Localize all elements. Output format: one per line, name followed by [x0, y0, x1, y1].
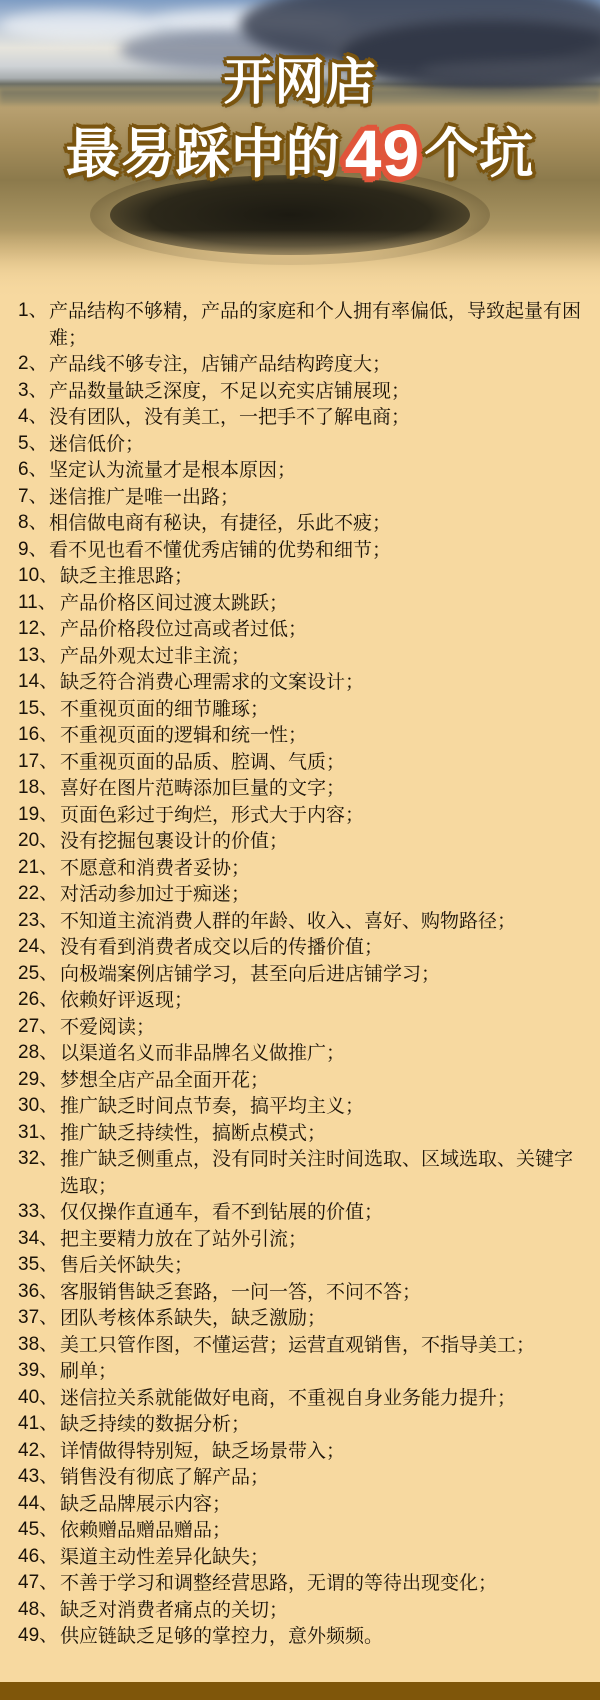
list-item: 9、看不见也看不懂优秀店铺的优势和细节； — [0, 537, 600, 564]
item-text: 售后关怀缺失； — [60, 1252, 588, 1279]
item-number: 28、 — [18, 1040, 60, 1067]
list-item: 40、迷信拉关系就能做好电商，不重视自身业务能力提升； — [0, 1385, 600, 1412]
item-number: 6、 — [18, 457, 49, 484]
list-item: 7、迷信推广是唯一出路； — [0, 484, 600, 511]
list-item: 45、依赖赠品赠品赠品； — [0, 1517, 600, 1544]
item-number: 11、 — [18, 590, 60, 617]
item-text: 缺乏符合消费心理需求的文案设计； — [60, 669, 588, 696]
item-text: 迷信推广是唯一出路； — [49, 484, 588, 511]
list-item: 18、喜好在图片范畴添加巨量的文字； — [0, 775, 600, 802]
item-text: 相信做电商有秘诀，有捷径，乐此不疲； — [49, 510, 588, 537]
item-number: 17、 — [18, 749, 60, 776]
item-number: 22、 — [18, 881, 60, 908]
list-item: 20、没有挖掘包裹设计的价值； — [0, 828, 600, 855]
list-item: 22、对活动参加过于痴迷； — [0, 881, 600, 908]
title-line-2: 最易踩中的49个坑 — [0, 118, 600, 189]
item-text: 把主要精力放在了站外引流； — [60, 1226, 588, 1253]
item-text: 不重视页面的逻辑和统一性； — [60, 722, 588, 749]
list-item: 31、推广缺乏持续性，搞断点模式； — [0, 1120, 600, 1147]
item-number: 45、 — [18, 1517, 60, 1544]
pitfall-list: 1、产品结构不够精，产品的家庭和个人拥有率偏低，导致起量有困难；2、产品线不够专… — [0, 298, 600, 1650]
sky-cloud — [0, 10, 160, 40]
item-number: 13、 — [18, 643, 60, 670]
item-number: 24、 — [18, 934, 60, 961]
list-item: 30、推广缺乏时间点节奏，搞平均主义； — [0, 1093, 600, 1120]
list-item: 42、详情做得特别短，缺乏场景带入； — [0, 1438, 600, 1465]
item-text: 缺乏主推思路； — [60, 563, 588, 590]
item-text: 销售没有彻底了解产品； — [60, 1464, 588, 1491]
list-item: 33、仅仅操作直通车，看不到钻展的价值； — [0, 1199, 600, 1226]
title-suffix: 个坑 — [424, 122, 534, 185]
item-number: 43、 — [18, 1464, 60, 1491]
item-text: 依赖好评返现； — [60, 987, 588, 1014]
item-text: 不重视页面的细节雕琢； — [60, 696, 588, 723]
item-number: 23、 — [18, 908, 60, 935]
item-text: 梦想全店产品全面开花； — [60, 1067, 588, 1094]
item-text: 刷单； — [60, 1358, 588, 1385]
item-number: 34、 — [18, 1226, 60, 1253]
list-item: 35、售后关怀缺失； — [0, 1252, 600, 1279]
item-text: 没有挖掘包裹设计的价值； — [60, 828, 588, 855]
list-item: 48、缺乏对消费者痛点的关切； — [0, 1597, 600, 1624]
footer-bar — [0, 1682, 600, 1700]
item-number: 33、 — [18, 1199, 60, 1226]
list-item: 49、供应链缺乏足够的掌控力，意外频频。 — [0, 1623, 600, 1650]
list-item: 4、没有团队，没有美工，一把手不了解电商； — [0, 404, 600, 431]
item-number: 37、 — [18, 1305, 60, 1332]
item-text: 不重视页面的品质、腔调、气质； — [60, 749, 588, 776]
title-line-1: 开网店 — [0, 52, 600, 112]
item-number: 38、 — [18, 1332, 60, 1359]
item-number: 25、 — [18, 961, 60, 988]
item-number: 18、 — [18, 775, 60, 802]
item-text: 缺乏品牌展示内容； — [60, 1491, 588, 1518]
item-number: 27、 — [18, 1014, 60, 1041]
item-text: 缺乏持续的数据分析； — [60, 1411, 588, 1438]
item-text: 没有团队，没有美工，一把手不了解电商； — [49, 404, 588, 431]
list-item: 29、梦想全店产品全面开花； — [0, 1067, 600, 1094]
item-number: 49、 — [18, 1623, 60, 1650]
item-number: 42、 — [18, 1438, 60, 1465]
item-number: 36、 — [18, 1279, 60, 1306]
list-item: 12、产品价格段位过高或者过低； — [0, 616, 600, 643]
item-text: 向极端案例店铺学习，甚至向后进店铺学习； — [60, 961, 588, 988]
item-number: 8、 — [18, 510, 49, 537]
list-item: 25、向极端案例店铺学习，甚至向后进店铺学习； — [0, 961, 600, 988]
list-item: 21、不愿意和消费者妥协； — [0, 855, 600, 882]
page: 开网店 最易踩中的49个坑 1、产品结构不够精，产品的家庭和个人拥有率偏低，导致… — [0, 0, 600, 1700]
list-item: 19、页面色彩过于绚烂，形式大于内容； — [0, 802, 600, 829]
item-number: 21、 — [18, 855, 60, 882]
item-number: 14、 — [18, 669, 60, 696]
list-item: 27、不爱阅读； — [0, 1014, 600, 1041]
list-item: 26、依赖好评返现； — [0, 987, 600, 1014]
item-text: 看不见也看不懂优秀店铺的优势和细节； — [49, 537, 588, 564]
list-item: 14、缺乏符合消费心理需求的文案设计； — [0, 669, 600, 696]
list-item: 38、美工只管作图，不懂运营；运营直观销售，不指导美工； — [0, 1332, 600, 1359]
list-item: 5、迷信低价； — [0, 431, 600, 458]
item-number: 39、 — [18, 1358, 60, 1385]
list-item: 16、不重视页面的逻辑和统一性； — [0, 722, 600, 749]
item-text: 仅仅操作直通车，看不到钻展的价值； — [60, 1199, 588, 1226]
item-number: 29、 — [18, 1067, 60, 1094]
item-text: 产品数量缺乏深度，不足以充实店铺展现； — [49, 378, 588, 405]
item-number: 48、 — [18, 1597, 60, 1624]
item-text: 产品结构不够精，产品的家庭和个人拥有率偏低，导致起量有困难； — [49, 298, 588, 351]
item-number: 19、 — [18, 802, 60, 829]
item-number: 3、 — [18, 378, 49, 405]
item-number: 12、 — [18, 616, 60, 643]
item-number: 40、 — [18, 1385, 60, 1412]
item-text: 不善于学习和调整经营思路，无谓的等待出现变化； — [60, 1570, 588, 1597]
list-item: 43、销售没有彻底了解产品； — [0, 1464, 600, 1491]
item-text: 缺乏对消费者痛点的关切； — [60, 1597, 588, 1624]
list-item: 34、把主要精力放在了站外引流； — [0, 1226, 600, 1253]
title-number-badge: 49 — [345, 118, 420, 188]
list-item: 13、产品外观太过非主流； — [0, 643, 600, 670]
item-number: 46、 — [18, 1544, 60, 1571]
item-text: 没有看到消费者成交以后的传播价值； — [60, 934, 588, 961]
item-text: 迷信拉关系就能做好电商，不重视自身业务能力提升； — [60, 1385, 588, 1412]
list-item: 47、不善于学习和调整经营思路，无谓的等待出现变化； — [0, 1570, 600, 1597]
list-item: 17、不重视页面的品质、腔调、气质； — [0, 749, 600, 776]
item-text: 详情做得特别短，缺乏场景带入； — [60, 1438, 588, 1465]
item-number: 7、 — [18, 484, 49, 511]
item-number: 1、 — [18, 298, 49, 325]
list-item: 28、以渠道名义而非品牌名义做推广； — [0, 1040, 600, 1067]
list-item: 10、缺乏主推思路； — [0, 563, 600, 590]
item-number: 41、 — [18, 1411, 60, 1438]
item-text: 以渠道名义而非品牌名义做推广； — [60, 1040, 588, 1067]
item-number: 10、 — [18, 563, 60, 590]
list-item: 6、坚定认为流量才是根本原因； — [0, 457, 600, 484]
item-number: 44、 — [18, 1491, 60, 1518]
item-number: 16、 — [18, 722, 60, 749]
item-text: 供应链缺乏足够的掌控力，意外频频。 — [60, 1623, 588, 1650]
item-text: 推广缺乏持续性，搞断点模式； — [60, 1120, 588, 1147]
list-item: 1、产品结构不够精，产品的家庭和个人拥有率偏低，导致起量有困难； — [0, 298, 600, 351]
item-text: 依赖赠品赠品赠品； — [60, 1517, 588, 1544]
item-text: 客服销售缺乏套路，一问一答，不问不答； — [60, 1279, 588, 1306]
list-item: 32、推广缺乏侧重点，没有同时关注时间选取、区域选取、关键字选取； — [0, 1146, 600, 1199]
item-text: 喜好在图片范畴添加巨量的文字； — [60, 775, 588, 802]
list-item: 41、缺乏持续的数据分析； — [0, 1411, 600, 1438]
item-number: 32、 — [18, 1146, 60, 1173]
title-prefix: 最易踩中的 — [66, 122, 341, 185]
list-item: 11、产品价格区间过渡太跳跃； — [0, 590, 600, 617]
item-number: 9、 — [18, 537, 49, 564]
item-number: 2、 — [18, 351, 49, 378]
item-text: 对活动参加过于痴迷； — [60, 881, 588, 908]
list-item: 24、没有看到消费者成交以后的传播价值； — [0, 934, 600, 961]
list-item: 3、产品数量缺乏深度，不足以充实店铺展现； — [0, 378, 600, 405]
list-item: 2、产品线不够专注，店铺产品结构跨度大； — [0, 351, 600, 378]
list-item: 23、不知道主流消费人群的年龄、收入、喜好、购物路径； — [0, 908, 600, 935]
list-item: 36、客服销售缺乏套路，一问一答，不问不答； — [0, 1279, 600, 1306]
item-text: 页面色彩过于绚烂，形式大于内容； — [60, 802, 588, 829]
item-number: 20、 — [18, 828, 60, 855]
item-text: 产品价格区间过渡太跳跃； — [60, 590, 588, 617]
item-text: 渠道主动性差异化缺失； — [60, 1544, 588, 1571]
item-text: 产品价格段位过高或者过低； — [60, 616, 588, 643]
list-item: 44、缺乏品牌展示内容； — [0, 1491, 600, 1518]
list-item: 37、团队考核体系缺失，缺乏激励； — [0, 1305, 600, 1332]
item-text: 美工只管作图，不懂运营；运营直观销售，不指导美工； — [60, 1332, 588, 1359]
item-text: 产品线不够专注，店铺产品结构跨度大； — [49, 351, 588, 378]
header-banner: 开网店 最易踩中的49个坑 — [0, 0, 600, 300]
list-item: 8、相信做电商有秘诀，有捷径，乐此不疲； — [0, 510, 600, 537]
item-text: 不知道主流消费人群的年龄、收入、喜好、购物路径； — [60, 908, 588, 935]
item-text: 推广缺乏侧重点，没有同时关注时间选取、区域选取、关键字选取； — [60, 1146, 588, 1199]
item-text: 不愿意和消费者妥协； — [60, 855, 588, 882]
item-text: 坚定认为流量才是根本原因； — [49, 457, 588, 484]
item-text: 不爱阅读； — [60, 1014, 588, 1041]
item-text: 推广缺乏时间点节奏，搞平均主义； — [60, 1093, 588, 1120]
list-item: 46、渠道主动性差异化缺失； — [0, 1544, 600, 1571]
item-number: 15、 — [18, 696, 60, 723]
item-number: 47、 — [18, 1570, 60, 1597]
item-text: 团队考核体系缺失，缺乏激励； — [60, 1305, 588, 1332]
banner-fade — [0, 230, 600, 300]
item-number: 30、 — [18, 1093, 60, 1120]
item-text: 迷信低价； — [49, 431, 588, 458]
item-number: 26、 — [18, 987, 60, 1014]
item-number: 31、 — [18, 1120, 60, 1147]
item-number: 5、 — [18, 431, 49, 458]
item-text: 产品外观太过非主流； — [60, 643, 588, 670]
list-item: 15、不重视页面的细节雕琢； — [0, 696, 600, 723]
list-item: 39、刷单； — [0, 1358, 600, 1385]
item-number: 35、 — [18, 1252, 60, 1279]
item-number: 4、 — [18, 404, 49, 431]
